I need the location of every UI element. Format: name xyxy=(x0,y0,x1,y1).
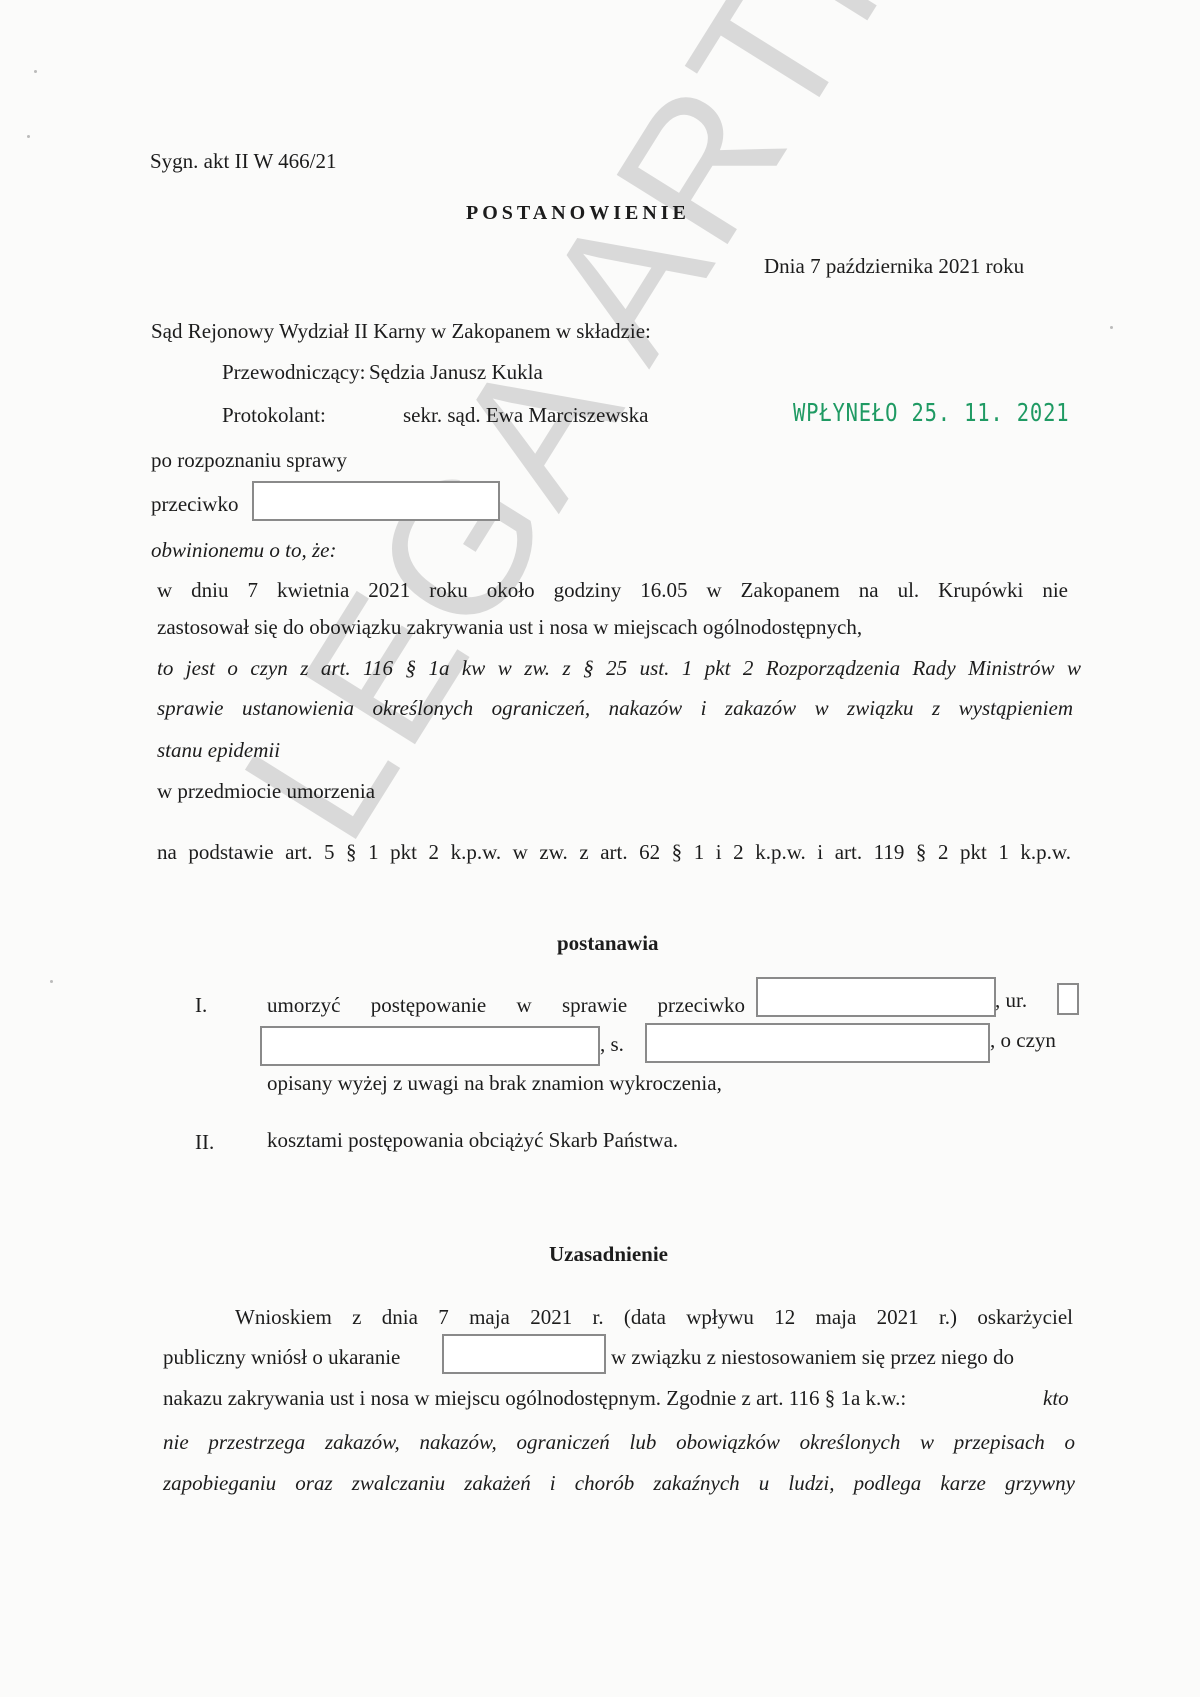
chair-value: Sędzia Janusz Kukla xyxy=(369,362,543,383)
legal-basis-line-2: sprawie ustanowienia określonych ogranic… xyxy=(157,696,1073,721)
redacted-name-box xyxy=(252,481,500,521)
point-2-number: II. xyxy=(195,1132,214,1153)
subject-text: w przedmiocie umorzenia xyxy=(157,781,375,802)
received-stamp: WPŁYNEŁO 25. 11. 2021 xyxy=(793,398,1069,427)
redacted-birthplace-box xyxy=(260,1026,600,1066)
redacted-name-box xyxy=(442,1334,606,1374)
scan-speck xyxy=(50,980,53,983)
point-1-text-d: , o czyn xyxy=(990,1030,1056,1051)
document-title: POSTANOWIENIE xyxy=(466,203,690,223)
justification-line-1: Wnioskiem z dnia 7 maja 2021 r. (data wp… xyxy=(235,1305,1073,1330)
accused-of-label: obwinionemu o to, że: xyxy=(151,540,336,561)
point-1-text-b: , ur. xyxy=(995,990,1027,1011)
clerk-label: Protokolant: xyxy=(222,405,326,426)
document-date: Dnia 7 października 2021 roku xyxy=(764,256,1024,277)
scan-speck xyxy=(34,70,37,73)
justification-line-4: nie przestrzega zakazów, nakazów, ograni… xyxy=(163,1430,1075,1455)
chair-label: Przewodniczący: xyxy=(222,362,365,383)
point-1-number: I. xyxy=(195,995,207,1016)
justification-line-2b: w związku z niestosowaniem się przez nie… xyxy=(611,1347,1014,1368)
redacted-name-box xyxy=(756,977,996,1017)
charge-line-1: w dniu 7 kwietnia 2021 roku około godzin… xyxy=(157,578,1068,603)
legal-basis-line-3: stanu epidemii xyxy=(157,740,280,761)
point-1-text-a: umorzyć postępowanie w sprawie przeciwko xyxy=(267,993,745,1018)
case-number: Sygn. akt II W 466/21 xyxy=(150,151,336,172)
point-1-text-c: , s. xyxy=(600,1034,624,1055)
after-review-text: po rozpoznaniu sprawy xyxy=(151,450,347,471)
clerk-value: sekr. sąd. Ewa Marciszewska xyxy=(403,405,649,426)
justification-heading: Uzasadnienie xyxy=(549,1244,668,1265)
legal-basis-text: na podstawie art. 5 § 1 pkt 2 k.p.w. w z… xyxy=(157,840,1071,865)
justification-line-2a: publiczny wniósł o ukaranie xyxy=(163,1347,400,1368)
point-1-text-e: opisany wyżej z uwagi na brak znamion wy… xyxy=(267,1073,722,1094)
redacted-father-name-box xyxy=(645,1023,990,1063)
document-page: LEGA ARTIS Sygn. akt II W 466/21 POSTANO… xyxy=(0,0,1200,1697)
justification-line-3-italic: kto xyxy=(1043,1388,1069,1409)
redacted-date-box xyxy=(1057,983,1079,1015)
legal-basis-line-1: to jest o czyn z art. 116 § 1a kw w zw. … xyxy=(157,656,1081,681)
scan-speck xyxy=(27,135,30,138)
decides-heading: postanawia xyxy=(557,933,659,954)
scan-speck xyxy=(1110,326,1113,329)
justification-line-5: zapobieganiu oraz zwalczaniu zakażeń i c… xyxy=(163,1471,1075,1496)
court-composition: Sąd Rejonowy Wydział II Karny w Zakopane… xyxy=(151,321,651,342)
charge-line-2: zastosował się do obowiązku zakrywania u… xyxy=(157,617,862,638)
point-2-text: kosztami postępowania obciążyć Skarb Pań… xyxy=(267,1130,678,1151)
justification-line-3: nakazu zakrywania ust i nosa w miejscu o… xyxy=(163,1388,906,1409)
against-label: przeciwko xyxy=(151,494,238,515)
watermark: LEGA ARTIS xyxy=(200,0,997,876)
